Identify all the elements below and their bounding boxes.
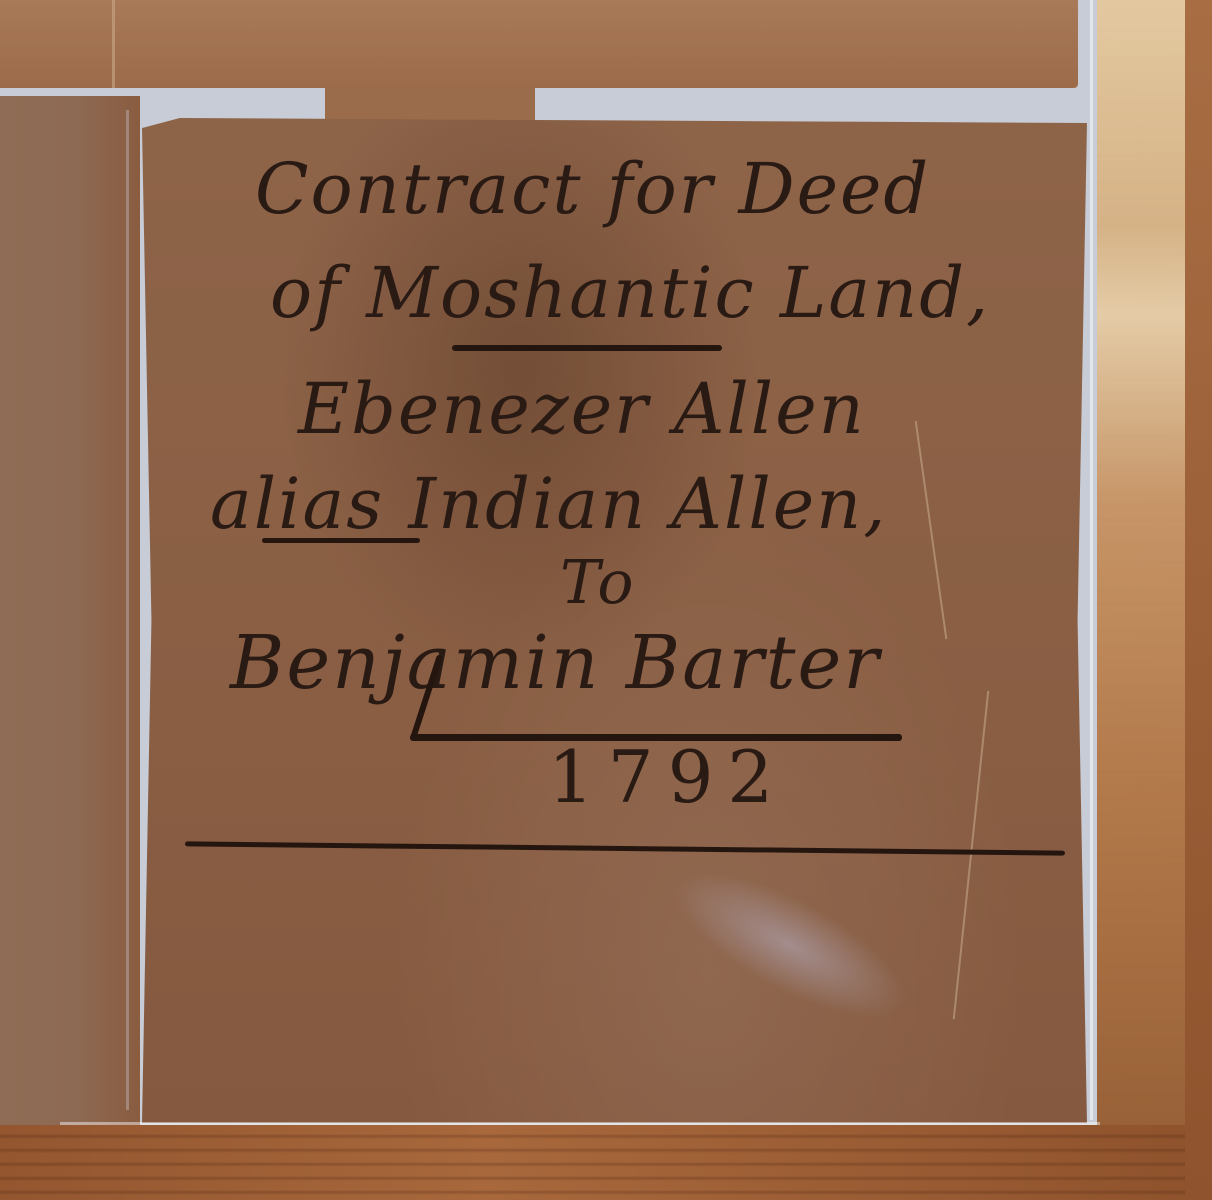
frame-highlight [1097, 0, 1187, 1125]
paper-seam [112, 0, 115, 88]
text-line-to: To [560, 548, 635, 618]
adjacent-paper-left [0, 96, 140, 1125]
text-line-grantee: Benjamin Barter [230, 620, 881, 706]
text-line-alias: alias Indian Allen, [210, 463, 888, 545]
glass-edge [60, 1122, 1100, 1125]
frame-edge [1185, 0, 1212, 1200]
adjacent-paper-top [0, 0, 1078, 88]
underline [262, 538, 420, 543]
paper-seam [126, 110, 129, 1110]
paper-fragment [325, 88, 535, 120]
text-line-year: 1792 [548, 735, 787, 819]
text-line-title: Contract for Deed [255, 148, 930, 230]
text-line-grantor: Ebenezer Allen [298, 368, 866, 450]
text-line-land: of Moshantic Land, [270, 252, 990, 334]
glass-edge [1090, 0, 1093, 1120]
underline [452, 345, 722, 351]
